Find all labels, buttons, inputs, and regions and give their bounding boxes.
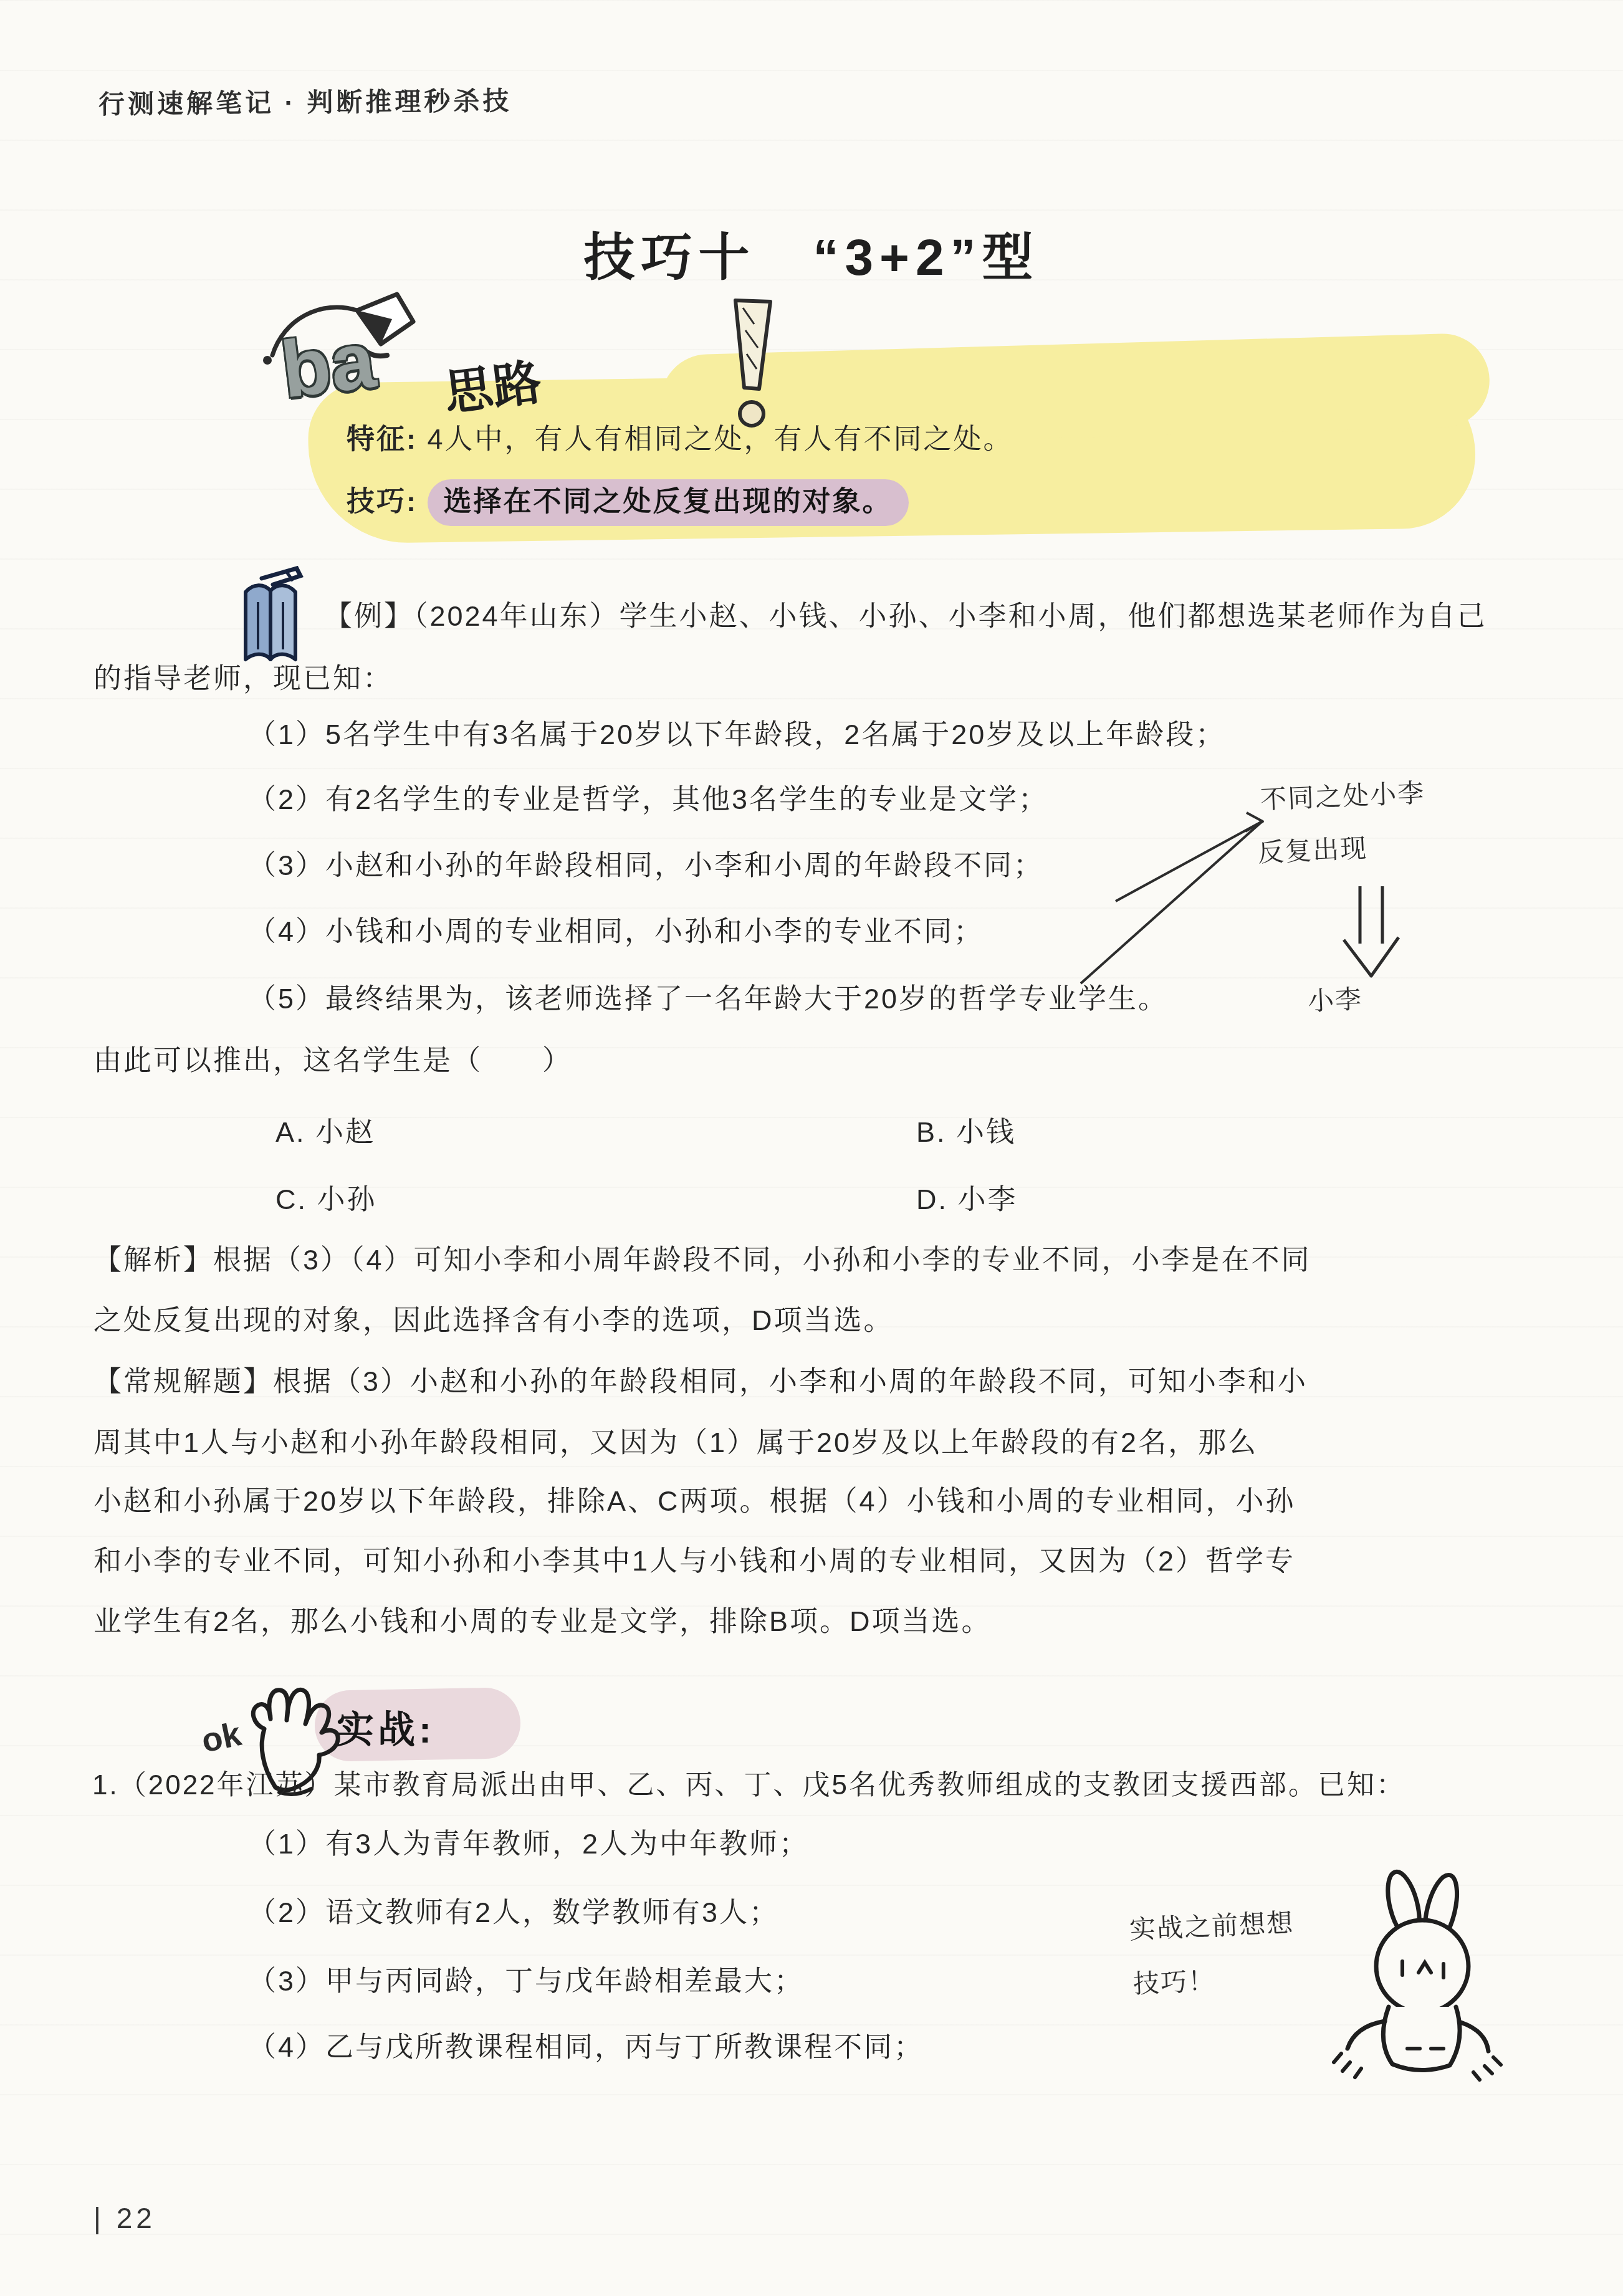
analysis-line-2: 之处反复出现的对象，因此选择含有小李的选项，D项当选。 bbox=[93, 1298, 894, 1338]
regular-solution-line-5: 业学生有2名，那么小钱和小周的专业是文学，排除B项。D项当选。 bbox=[93, 1599, 992, 1639]
example-intro-line2: 的指导老师，现已知： bbox=[93, 656, 393, 696]
practice-margin-note-line2: 技巧！ bbox=[1132, 1960, 1217, 2001]
option-d: D. 小李 bbox=[916, 1177, 1018, 1217]
page-title: 技巧十 “3+2”型 bbox=[0, 217, 1623, 290]
example-condition-5: （5）最终结果为，该老师选择了一名年龄大于20岁的哲学专业学生。 bbox=[248, 976, 1168, 1016]
example-condition-4: （4）小钱和小周的专业相同，小孙和小李的专业不同； bbox=[248, 909, 984, 949]
practice-q1-intro: 1.（2022年江苏）某市教育局派出由甲、乙、丙、丁、戊5名优秀教师组成的支教团… bbox=[92, 1763, 1405, 1802]
page-number-value: 22 bbox=[117, 2202, 156, 2234]
practice-heading: 实战: bbox=[337, 1700, 435, 1754]
textbook-page: 行测速解笔记 · 判断推理秒杀技 技巧十 “3+2”型 ba 思路 特征: 4人… bbox=[0, 0, 1623, 2296]
option-a: A. 小赵 bbox=[275, 1109, 375, 1150]
option-c: C. 小孙 bbox=[275, 1177, 377, 1217]
double-down-arrow-icon bbox=[1333, 884, 1407, 980]
technique-label: 技巧: bbox=[347, 486, 418, 517]
page-header: 行测速解笔记 · 判断推理秒杀技 bbox=[98, 80, 512, 122]
example-condition-3: （3）小赵和小孙的年龄段相同，小李和小周的年龄段不同； bbox=[248, 843, 1043, 883]
example-condition-2: （2）有2名学生的专业是哲学，其他3名学生的专业是文学； bbox=[248, 777, 1048, 817]
practice-q1-condition-4: （4）乙与戊所教课程相同，丙与丁所教课程不同； bbox=[248, 2024, 924, 2065]
practice-q1-condition-2: （2）语文教师有2人，数学教师有3人； bbox=[248, 1890, 779, 1930]
regular-solution-line-2: 周其中1人与小赵和小孙年龄段相同，又因为（1）属于20岁及以上年龄段的有2名，那… bbox=[93, 1420, 1258, 1460]
technique-text-highlighted: 选择在不同之处反复出现的对象。 bbox=[428, 479, 909, 526]
option-b: B. 小钱 bbox=[916, 1109, 1016, 1150]
regular-solution-line-3: 小赵和小孙属于20岁以下年龄段，排除A、C两项。根据（4）小钱和小周的专业相同，… bbox=[93, 1478, 1296, 1519]
converging-arrows-icon bbox=[1052, 796, 1280, 1005]
margin-note-line2: 反复出现 bbox=[1257, 828, 1368, 870]
bunny-icon bbox=[1309, 1867, 1533, 2091]
feature-text: 4人中，有人有相同之处，有人有不同之处。 bbox=[428, 423, 1013, 455]
example-condition-1: （1）5名学生中有3名属于20岁以下年龄段，2名属于20岁及以上年龄段； bbox=[248, 712, 1225, 752]
margin-note-result: 小李 bbox=[1307, 978, 1364, 1018]
practice-margin-note-line1: 实战之前想想 bbox=[1129, 1902, 1295, 1946]
silu-graffiti: ba bbox=[277, 313, 380, 416]
page-number-marker: | bbox=[93, 2202, 105, 2234]
practice-q1-condition-3: （3）甲与丙同龄，丁与戊年龄相差最大； bbox=[248, 1958, 804, 1999]
example-intro-line1: 【例】（2024年山东）学生小赵、小钱、小孙、小李和小周，他们都想选某老师作为自… bbox=[324, 593, 1487, 634]
regular-solution-line-4: 和小李的专业不同，可知小孙和小李其中1人与小钱和小周的专业相同，又因为（2）哲学… bbox=[93, 1538, 1295, 1579]
example-question: 由此可以推出，这名学生是（ ） bbox=[93, 1038, 572, 1078]
regular-solution-line-1: 【常规解题】根据（3）小赵和小孙的年龄段相同，小李和小周的年龄段不同，可知小李和… bbox=[93, 1359, 1308, 1399]
silu-section-label: 思路 bbox=[440, 343, 545, 424]
practice-q1-condition-1: （1）有3人为青年教师，2人为中年教师； bbox=[248, 1821, 809, 1862]
feature-label: 特征: bbox=[347, 423, 418, 455]
analysis-line-1: 【解析】根据（3）（4）可知小李和小周年龄段不同，小孙和小李的专业不同，小李是在… bbox=[93, 1237, 1311, 1278]
margin-note-line1: 不同之处小李 bbox=[1260, 772, 1425, 816]
svg-text:ok: ok bbox=[201, 1715, 245, 1760]
page-number: | 22 bbox=[93, 2201, 156, 2235]
